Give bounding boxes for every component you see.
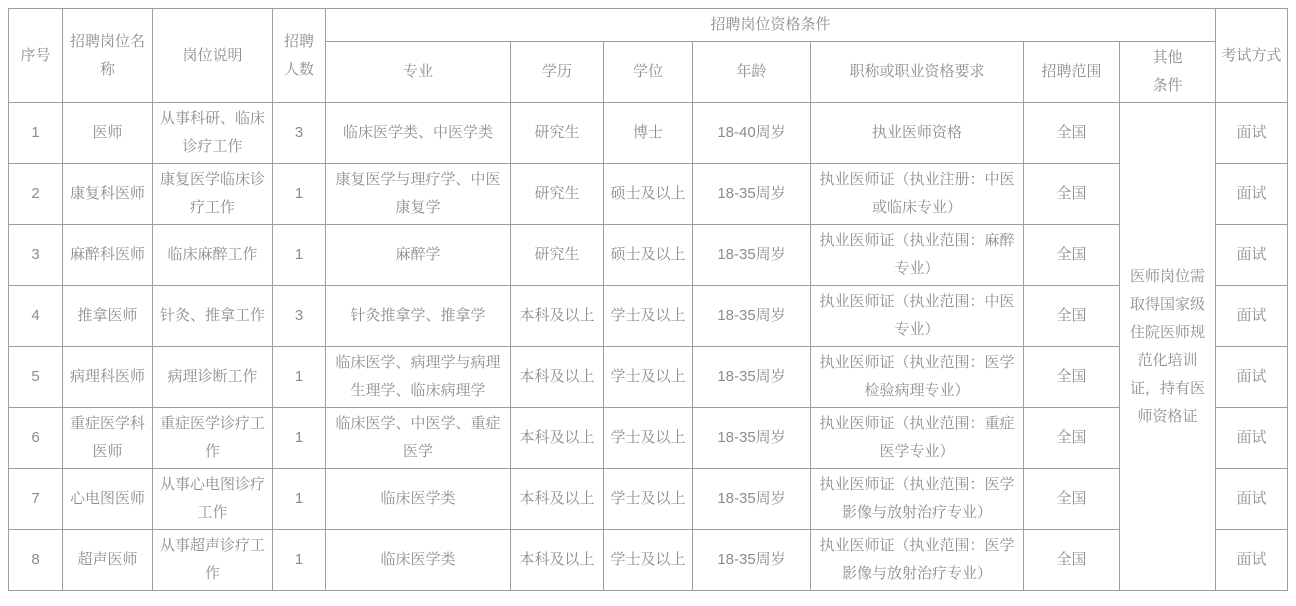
table-row: 6重症医学科医师重症医学诊疗工作1临床医学、中医学、重症医学本科及以上学士及以上… xyxy=(9,408,1288,469)
cell-position-description: 重症医学诊疗工作 xyxy=(153,408,273,469)
cell-age: 18-40周岁 xyxy=(693,103,811,164)
cell-education: 本科及以上 xyxy=(511,530,604,591)
cell-recruit-count: 1 xyxy=(273,164,326,225)
cell-exam-method: 面试 xyxy=(1216,408,1288,469)
cell-recruit-count: 1 xyxy=(273,530,326,591)
cell-recruit-scope: 全国 xyxy=(1024,225,1120,286)
cell-major: 针灸推拿学、推拿学 xyxy=(326,286,511,347)
table-row: 8超声医师从事超声诊疗工作1临床医学类本科及以上学士及以上18-35周岁执业医师… xyxy=(9,530,1288,591)
header-cert-requirement: 职称或职业资格要求 xyxy=(811,42,1024,103)
recruitment-table: 序号 招聘岗位名称 岗位说明 招聘人数 招聘岗位资格条件 考试方式 专业 学历 … xyxy=(8,8,1288,591)
cell-recruit-count: 1 xyxy=(273,347,326,408)
cell-age: 18-35周岁 xyxy=(693,164,811,225)
cell-recruit-count: 1 xyxy=(273,225,326,286)
cell-recruit-scope: 全国 xyxy=(1024,469,1120,530)
cell-seq: 6 xyxy=(9,408,63,469)
cell-major: 临床医学类、中医学类 xyxy=(326,103,511,164)
cell-recruit-scope: 全国 xyxy=(1024,286,1120,347)
cell-seq: 4 xyxy=(9,286,63,347)
cell-cert-requirement: 执业医师资格 xyxy=(811,103,1024,164)
header-row-top: 序号 招聘岗位名称 岗位说明 招聘人数 招聘岗位资格条件 考试方式 xyxy=(9,9,1288,42)
cell-cert-requirement: 执业医师证（执业注册：中医或临床专业） xyxy=(811,164,1024,225)
cell-recruit-scope: 全国 xyxy=(1024,347,1120,408)
cell-education: 本科及以上 xyxy=(511,469,604,530)
table-row: 3麻醉科医师临床麻醉工作1麻醉学研究生硕士及以上18-35周岁执业医师证（执业范… xyxy=(9,225,1288,286)
header-exam-method: 考试方式 xyxy=(1216,9,1288,103)
table-row: 2康复科医师康复医学临床诊疗工作1康复医学与理疗学、中医康复学研究生硕士及以上1… xyxy=(9,164,1288,225)
cell-education: 研究生 xyxy=(511,225,604,286)
cell-position-name: 心电图医师 xyxy=(63,469,153,530)
cell-degree: 学士及以上 xyxy=(604,408,693,469)
cell-position-description: 病理诊断工作 xyxy=(153,347,273,408)
cell-cert-requirement: 执业医师证（执业范围：中医专业） xyxy=(811,286,1024,347)
cell-seq: 1 xyxy=(9,103,63,164)
cell-position-description: 临床麻醉工作 xyxy=(153,225,273,286)
header-education: 学历 xyxy=(511,42,604,103)
header-recruit-count: 招聘人数 xyxy=(273,9,326,103)
cell-education: 本科及以上 xyxy=(511,347,604,408)
cell-seq: 2 xyxy=(9,164,63,225)
cell-position-description: 从事心电图诊疗工作 xyxy=(153,469,273,530)
cell-seq: 3 xyxy=(9,225,63,286)
cell-degree: 学士及以上 xyxy=(604,530,693,591)
cell-exam-method: 面试 xyxy=(1216,286,1288,347)
cell-recruit-scope: 全国 xyxy=(1024,530,1120,591)
cell-position-name: 推拿医师 xyxy=(63,286,153,347)
cell-seq: 8 xyxy=(9,530,63,591)
cell-degree: 博士 xyxy=(604,103,693,164)
cell-major: 临床医学、病理学与病理生理学、临床病理学 xyxy=(326,347,511,408)
table-body: 1医师从事科研、临床诊疗工作3临床医学类、中医学类研究生博士18-40周岁执业医… xyxy=(9,103,1288,591)
header-major: 专业 xyxy=(326,42,511,103)
cell-age: 18-35周岁 xyxy=(693,286,811,347)
cell-cert-requirement: 执业医师证（执业范围：重症医学专业） xyxy=(811,408,1024,469)
cell-position-description: 康复医学临床诊疗工作 xyxy=(153,164,273,225)
cell-age: 18-35周岁 xyxy=(693,225,811,286)
cell-age: 18-35周岁 xyxy=(693,408,811,469)
cell-position-name: 重症医学科医师 xyxy=(63,408,153,469)
cell-position-name: 康复科医师 xyxy=(63,164,153,225)
cell-age: 18-35周岁 xyxy=(693,347,811,408)
cell-other-condition: 医师岗位需取得国家级住院医师规范化培训证，持有医师资格证 xyxy=(1120,103,1216,591)
header-seq: 序号 xyxy=(9,9,63,103)
cell-position-name: 医师 xyxy=(63,103,153,164)
cell-recruit-count: 1 xyxy=(273,408,326,469)
cell-cert-requirement: 执业医师证（执业范围：医学检验病理专业） xyxy=(811,347,1024,408)
cell-recruit-scope: 全国 xyxy=(1024,103,1120,164)
cell-recruit-count: 1 xyxy=(273,469,326,530)
cell-position-name: 病理科医师 xyxy=(63,347,153,408)
cell-exam-method: 面试 xyxy=(1216,469,1288,530)
header-qualification-group: 招聘岗位资格条件 xyxy=(326,9,1216,42)
cell-age: 18-35周岁 xyxy=(693,469,811,530)
cell-position-name: 麻醉科医师 xyxy=(63,225,153,286)
cell-recruit-count: 3 xyxy=(273,103,326,164)
cell-major: 康复医学与理疗学、中医康复学 xyxy=(326,164,511,225)
cell-cert-requirement: 执业医师证（执业范围：麻醉专业） xyxy=(811,225,1024,286)
cell-recruit-count: 3 xyxy=(273,286,326,347)
cell-exam-method: 面试 xyxy=(1216,164,1288,225)
header-recruit-scope: 招聘范围 xyxy=(1024,42,1120,103)
cell-cert-requirement: 执业医师证（执业范围：医学影像与放射治疗专业） xyxy=(811,469,1024,530)
cell-position-description: 针灸、推拿工作 xyxy=(153,286,273,347)
cell-recruit-scope: 全国 xyxy=(1024,408,1120,469)
cell-seq: 5 xyxy=(9,347,63,408)
other-condition-text: 医师岗位需取得国家级住院医师规范化培训证，持有医师资格证 xyxy=(1128,263,1208,431)
cell-major: 临床医学类 xyxy=(326,530,511,591)
cell-major: 麻醉学 xyxy=(326,225,511,286)
cell-exam-method: 面试 xyxy=(1216,347,1288,408)
cell-cert-requirement: 执业医师证（执业范围：医学影像与放射治疗专业） xyxy=(811,530,1024,591)
header-position-name: 招聘岗位名称 xyxy=(63,9,153,103)
header-other-condition-label: 其他条件 xyxy=(1151,44,1185,100)
cell-degree: 学士及以上 xyxy=(604,347,693,408)
cell-recruit-scope: 全国 xyxy=(1024,164,1120,225)
cell-education: 研究生 xyxy=(511,164,604,225)
cell-position-description: 从事超声诊疗工作 xyxy=(153,530,273,591)
page: 序号 招聘岗位名称 岗位说明 招聘人数 招聘岗位资格条件 考试方式 专业 学历 … xyxy=(0,0,1296,606)
cell-degree: 硕士及以上 xyxy=(604,225,693,286)
table-row: 4推拿医师针灸、推拿工作3针灸推拿学、推拿学本科及以上学士及以上18-35周岁执… xyxy=(9,286,1288,347)
header-other-condition: 其他条件 xyxy=(1120,42,1216,103)
table-row: 1医师从事科研、临床诊疗工作3临床医学类、中医学类研究生博士18-40周岁执业医… xyxy=(9,103,1288,164)
header-degree: 学位 xyxy=(604,42,693,103)
cell-education: 本科及以上 xyxy=(511,286,604,347)
cell-position-name: 超声医师 xyxy=(63,530,153,591)
cell-degree: 学士及以上 xyxy=(604,286,693,347)
cell-degree: 学士及以上 xyxy=(604,469,693,530)
header-age: 年龄 xyxy=(693,42,811,103)
cell-major: 临床医学、中医学、重症医学 xyxy=(326,408,511,469)
cell-seq: 7 xyxy=(9,469,63,530)
cell-education: 研究生 xyxy=(511,103,604,164)
table-row: 5病理科医师病理诊断工作1临床医学、病理学与病理生理学、临床病理学本科及以上学士… xyxy=(9,347,1288,408)
table-row: 7心电图医师从事心电图诊疗工作1临床医学类本科及以上学士及以上18-35周岁执业… xyxy=(9,469,1288,530)
header-position-description: 岗位说明 xyxy=(153,9,273,103)
cell-major: 临床医学类 xyxy=(326,469,511,530)
cell-exam-method: 面试 xyxy=(1216,530,1288,591)
cell-degree: 硕士及以上 xyxy=(604,164,693,225)
cell-position-description: 从事科研、临床诊疗工作 xyxy=(153,103,273,164)
cell-age: 18-35周岁 xyxy=(693,530,811,591)
cell-exam-method: 面试 xyxy=(1216,225,1288,286)
cell-education: 本科及以上 xyxy=(511,408,604,469)
cell-exam-method: 面试 xyxy=(1216,103,1288,164)
